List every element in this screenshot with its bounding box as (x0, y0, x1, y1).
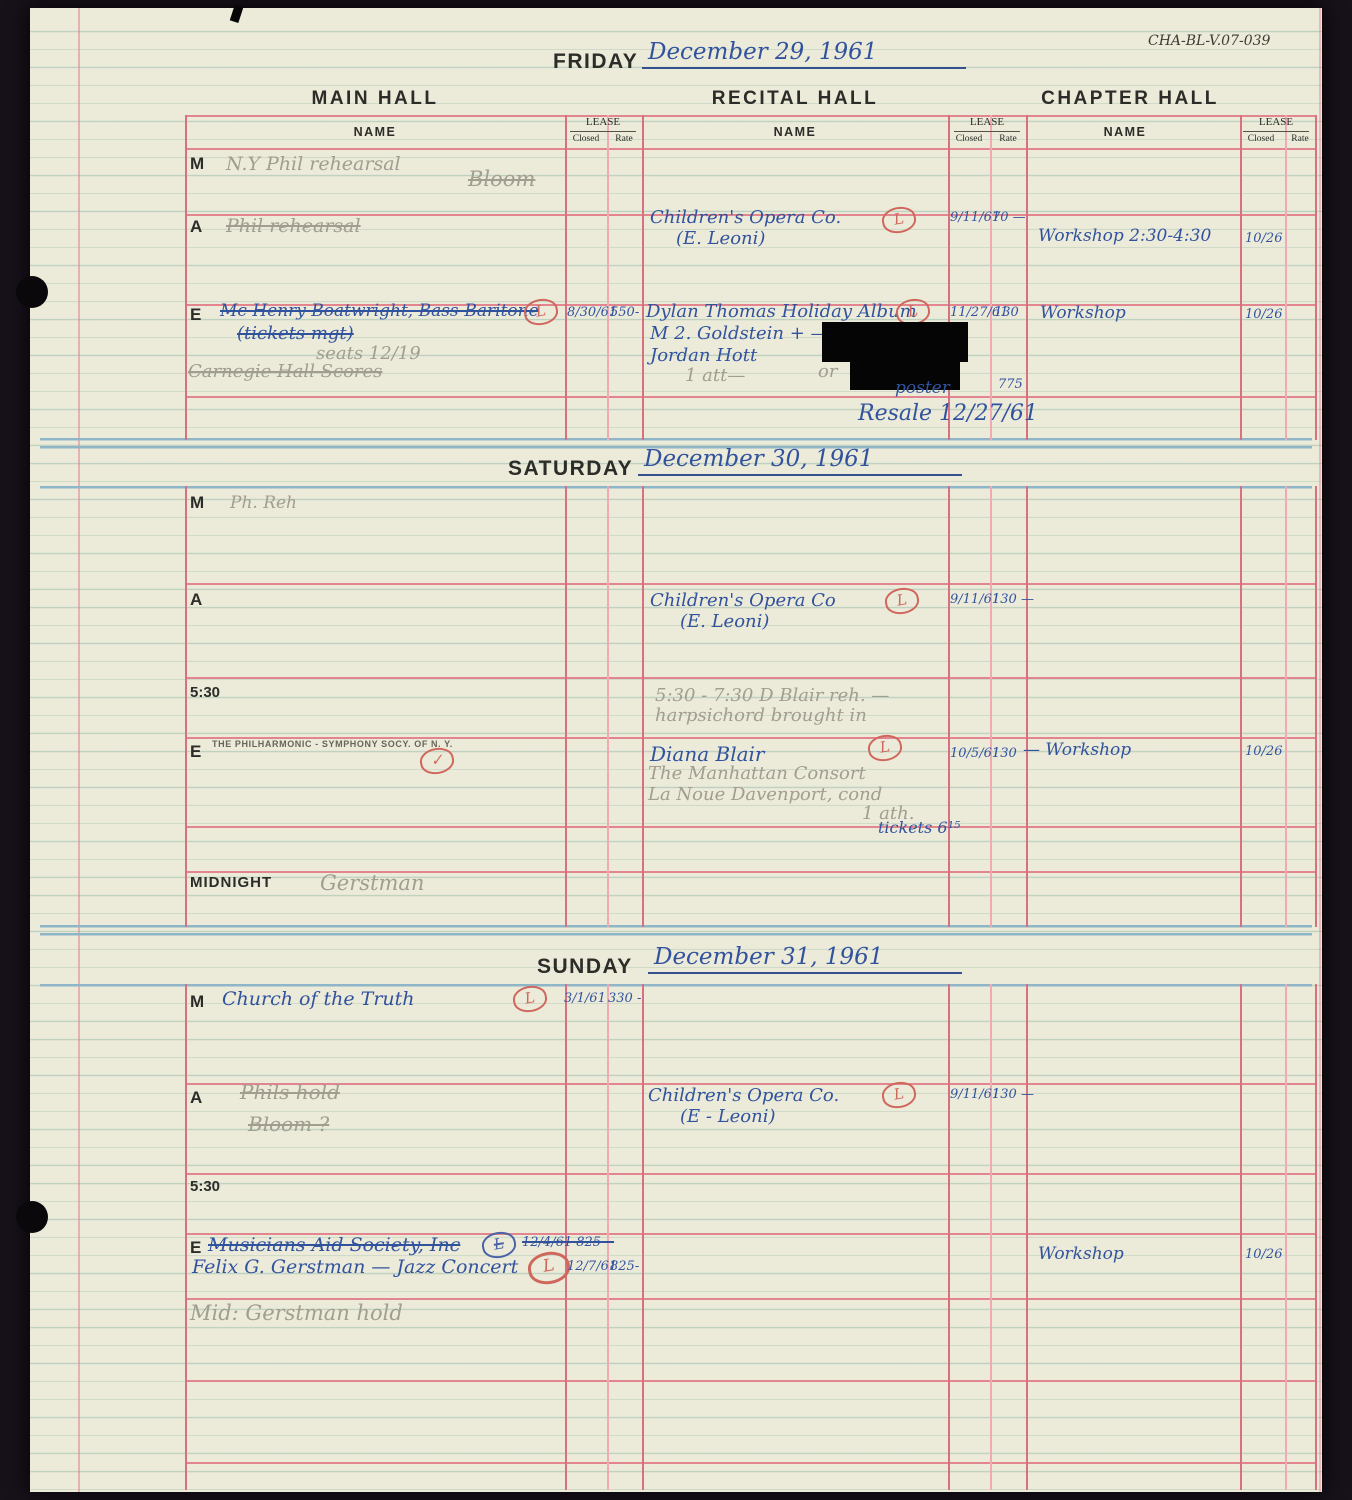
lease-rate-value: 550- (610, 306, 639, 320)
lease-rate-value: 130 (992, 747, 1017, 761)
rate-header-main: Rate (615, 134, 632, 144)
day-label-friday: FRIDAY (553, 50, 638, 74)
entry-handwriting: Gerstman (320, 872, 424, 894)
entry-handwriting: M 2. Goldstein + — (650, 325, 829, 344)
lease-rate-value: 70 — (992, 211, 1026, 225)
lease-rate-value: 330 - (608, 992, 641, 1006)
closed-header-recital: Closed (956, 134, 982, 144)
hall-title-chapter: CHAPTER HALL (1041, 88, 1219, 110)
name-header-recital: NAME (774, 125, 817, 139)
lease-closed-value: 10/26 (1245, 745, 1282, 759)
entry-handwriting: Felix G. Gerstman — Jazz Concert (192, 1258, 518, 1278)
lease-rate-value: 130 — (992, 1088, 1034, 1102)
row-label-e: E (190, 742, 201, 762)
entry-handwriting-struck: Phils hold (240, 1082, 340, 1103)
entry-handwriting: harpsichord brought in (655, 707, 867, 726)
name-header-chapter: NAME (1104, 125, 1147, 139)
day-date-friday: December 29, 1961 (642, 40, 966, 69)
day-date-sunday: December 31, 1961 (648, 945, 962, 974)
day-date-saturday: December 30, 1961 (638, 447, 962, 476)
entry-handwriting: Dylan Thomas Holiday Album (646, 303, 917, 322)
entry-handwriting: Workshop (1040, 305, 1126, 323)
hall-title-main: MAIN HALL (312, 88, 439, 110)
lease-underline (1243, 131, 1309, 132)
entry-handwriting-struck: Phil rehearsal (226, 217, 361, 237)
row-label-a: A (190, 590, 202, 610)
entry-handwriting: tickets 6¹⁵ (878, 820, 960, 837)
entry-handwriting: Ph. Reh (230, 495, 297, 513)
entry-handwriting: — Workshop (1023, 742, 1131, 760)
entry-handwriting: Workshop (1038, 1246, 1124, 1264)
lease-header-chapter: LEASE (1259, 116, 1293, 128)
row-label-a: A (190, 217, 202, 237)
entry-handwriting-struck: Carnegie Hall Scores (188, 363, 382, 382)
row-label-530: 5:30 (190, 684, 220, 701)
row-label-m: M (190, 493, 204, 513)
lease-closed-value: 10/26 (1245, 1248, 1282, 1262)
row-label-a: A (190, 1088, 202, 1108)
entry-handwriting: (E. Leoni) (676, 230, 765, 249)
lease-header-recital: LEASE (970, 116, 1004, 128)
row-label-530: 5:30 (190, 1178, 220, 1195)
row-label-midnight: MIDNIGHT (190, 874, 272, 891)
entry-handwriting-struck: Mc Henry Boatwright, Bass-Baritone (220, 303, 539, 321)
ledger-page: CHA-BL-V.07-039 FRIDAY December 29, 1961… (30, 8, 1322, 1492)
lease-value-struck: 12/4/61 825— (522, 1236, 614, 1250)
entry-handwriting-struck: Bloom (468, 168, 535, 190)
row-label-e: E (190, 305, 201, 325)
lease-rate-value: 130 — (992, 593, 1034, 607)
entry-handwriting: 5:30 - 7:30 D Blair reh. — (655, 687, 889, 706)
entry-handwriting: poster (895, 380, 950, 398)
entry-handwriting: Workshop 2:30-4:30 (1038, 228, 1211, 246)
catalog-number: CHA-BL-V.07-039 (1148, 34, 1270, 49)
day-label-sunday: SUNDAY (537, 955, 633, 979)
entry-handwriting: N.Y Phil rehearsal (226, 155, 401, 175)
row-label-m: M (190, 992, 204, 1012)
entry-handwriting-struck: Bloom ? (248, 1114, 329, 1135)
closed-header-main: Closed (573, 134, 599, 144)
entry-handwriting: Resale 12/27/61 (858, 402, 1038, 425)
name-header-main: NAME (354, 125, 397, 139)
entry-handwriting: Mid: Gerstman hold (190, 1302, 403, 1324)
lease-closed-value: 10/26 (1245, 308, 1282, 322)
entry-handwriting: Children's Opera Co. (648, 1087, 839, 1106)
photo-background: CHA-BL-V.07-039 FRIDAY December 29, 1961… (0, 0, 1352, 1500)
hall-title-recital: RECITAL HALL (712, 88, 879, 110)
entry-handwriting: or (818, 363, 837, 382)
entry-handwriting: Church of the Truth (222, 990, 415, 1010)
lease-rate-value: 775 (998, 378, 1023, 392)
lease-rate-value: 825- (610, 1260, 639, 1274)
rate-header-chapter: Rate (1291, 134, 1308, 144)
entry-handwriting: 1 att— (685, 367, 745, 386)
row-label-m: M (190, 154, 204, 174)
redaction-block (822, 322, 968, 362)
entry-handwriting: (E - Leoni) (680, 1108, 776, 1127)
lease-closed-value: 3/1/61 (564, 992, 606, 1006)
philharmonic-stamp: THE PHILHARMONIC - SYMPHONY SOCY. OF N. … (212, 739, 453, 749)
entry-handwriting: La Noue Davenport, cond (648, 786, 882, 805)
lease-underline (570, 131, 636, 132)
lease-rate-value: 130 (994, 306, 1019, 320)
entry-handwriting: Children's Opera Co (650, 592, 836, 611)
entry-handwriting: Jordan Hott (650, 347, 757, 366)
entry-handwriting-struck: (tickets mgt) (237, 325, 354, 344)
entry-handwriting-struck: Musicians Aid Society, Inc (208, 1236, 460, 1256)
entry-handwriting: The Manhattan Consort (648, 765, 866, 784)
entry-handwriting: Diana Blair (650, 744, 765, 765)
rate-header-recital: Rate (999, 134, 1016, 144)
row-label-e: E (190, 1238, 201, 1258)
lease-underline (954, 131, 1020, 132)
lease-header-main: LEASE (586, 116, 620, 128)
day-label-saturday: SATURDAY (508, 457, 633, 481)
closed-header-chapter: Closed (1248, 134, 1274, 144)
entry-handwriting: Children's Opera Co. (650, 209, 841, 228)
lease-closed-value: 10/26 (1245, 232, 1282, 246)
entry-handwriting: (E. Leoni) (680, 613, 769, 632)
